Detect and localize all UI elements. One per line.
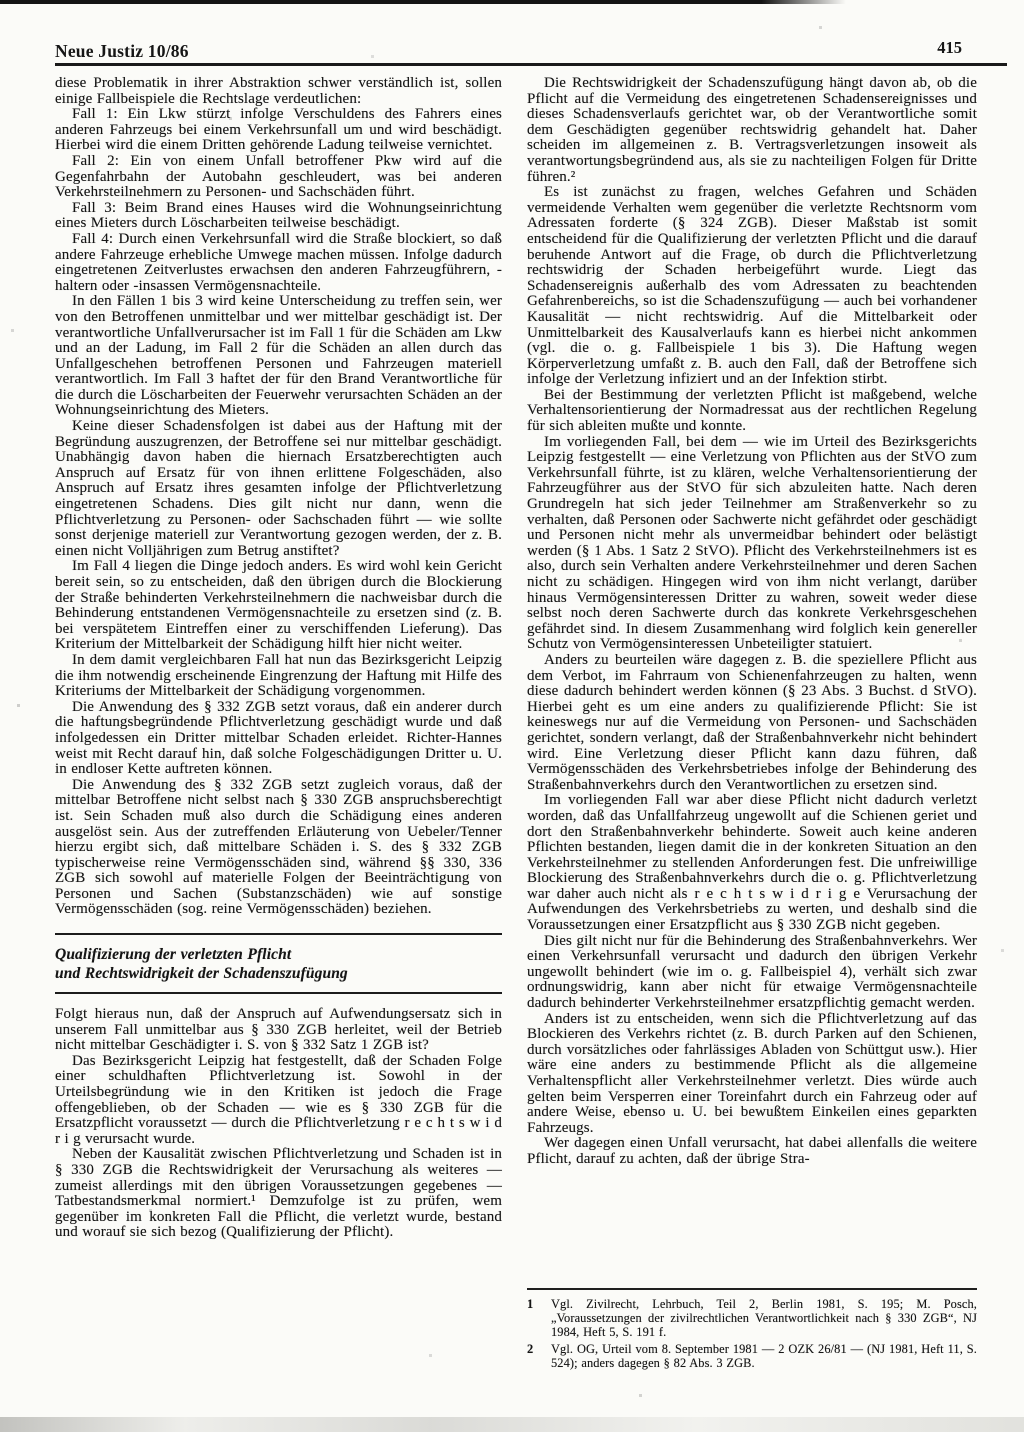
paragraph: In dem damit vergleichbaren Fall hat nun… bbox=[55, 653, 502, 700]
paragraph: Neben der Kausalität zwischen Pflichtver… bbox=[55, 1147, 502, 1241]
paragraph: Im Fall 4 liegen die Dinge jedoch anders… bbox=[55, 559, 502, 653]
footnote: 1Vgl. Zivilrecht, Lehrbuch, Teil 2, Berl… bbox=[527, 1298, 977, 1340]
right-column-body: Die Rechtswidrigkeit der Schadenszufügun… bbox=[527, 76, 977, 1168]
footnote-rule bbox=[527, 1288, 977, 1290]
paragraph: Fall 2: Ein von einem Unfall betroffener… bbox=[55, 154, 502, 201]
footnote-number: 2 bbox=[527, 1343, 551, 1371]
paragraph: Die Anwendung des § 332 ZGB setzt voraus… bbox=[55, 700, 502, 778]
paragraph: Im vorliegenden Fall war aber diese Pfli… bbox=[527, 793, 977, 933]
paragraph: Fall 3: Beim Brand eines Hauses wird die… bbox=[55, 201, 502, 232]
footnote-text: Vgl. OG, Urteil vom 8. September 1981 — … bbox=[551, 1343, 977, 1371]
header-rule bbox=[55, 63, 1007, 66]
paragraph: Es ist zunächst zu fragen, welches Gefah… bbox=[527, 185, 977, 388]
scan-artifact-top-edge bbox=[0, 0, 846, 4]
footnote-text: Vgl. Zivilrecht, Lehrbuch, Teil 2, Berli… bbox=[551, 1298, 977, 1340]
paragraph: In den Fällen 1 bis 3 wird keine Untersc… bbox=[55, 294, 502, 419]
right-column: Die Rechtswidrigkeit der Schadenszufügun… bbox=[527, 76, 977, 1412]
footnote: 2Vgl. OG, Urteil vom 8. September 1981 —… bbox=[527, 1343, 977, 1371]
paragraph: Wer dagegen einen Unfall verursacht, hat… bbox=[527, 1136, 977, 1167]
journal-page: Neue Justiz 10/86 415 diese Problematik … bbox=[0, 0, 1024, 1432]
journal-title: Neue Justiz 10/86 bbox=[55, 41, 189, 62]
section-heading-line: und Rechtswidrigkeit der Schadenszufügun… bbox=[55, 964, 502, 983]
scan-noise bbox=[0, 0, 1, 1]
section-heading-line: Qualifizierung der verletzten Pflicht bbox=[55, 945, 502, 964]
paragraph: Das Bezirksgericht Leipzig hat festgeste… bbox=[55, 1054, 502, 1148]
paragraph: Die Rechtswidrigkeit der Schadenszufügun… bbox=[527, 76, 977, 185]
page-number: 415 bbox=[937, 38, 962, 58]
paragraph: Fall 1: Ein Lkw stürzt infolge Verschuld… bbox=[55, 107, 502, 154]
paragraph: Fall 4: Durch einen Verkehrsunfall wird … bbox=[55, 232, 502, 294]
paragraph: Keine dieser Schadensfolgen ist dabei au… bbox=[55, 419, 502, 559]
paragraph: Folgt hieraus nun, daß der Anspruch auf … bbox=[55, 1007, 502, 1054]
paragraph: Die Anwendung des § 332 ZGB setzt zuglei… bbox=[55, 778, 502, 918]
paragraph: Im vorliegenden Fall, bei dem — wie im U… bbox=[527, 435, 977, 653]
footnote-number: 1 bbox=[527, 1298, 551, 1340]
scan-artifact-bottom-edge bbox=[0, 1417, 1024, 1432]
paragraph: Bei der Bestimmung der verletzten Pflich… bbox=[527, 388, 977, 435]
left-column: diese Problematik in ihrer Abstraktion s… bbox=[55, 76, 502, 1241]
paragraph: diese Problematik in ihrer Abstraktion s… bbox=[55, 76, 502, 107]
paragraph: Dies gilt nicht nur für die Behinderung … bbox=[527, 934, 977, 1012]
footnotes: 1Vgl. Zivilrecht, Lehrbuch, Teil 2, Berl… bbox=[527, 1288, 977, 1374]
paragraph: Anders ist zu entscheiden, wenn sich die… bbox=[527, 1012, 977, 1137]
footnote-list: 1Vgl. Zivilrecht, Lehrbuch, Teil 2, Berl… bbox=[527, 1298, 977, 1371]
section-heading: Qualifizierung der verletzten Pflichtund… bbox=[55, 933, 502, 994]
paragraph: Anders zu beurteilen wäre dagegen z. B. … bbox=[527, 653, 977, 793]
